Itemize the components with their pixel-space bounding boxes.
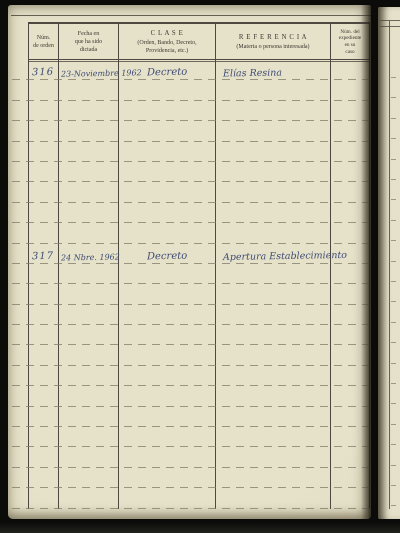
table-cell: [59, 101, 119, 121]
adjacent-page-top-rule: [380, 20, 400, 21]
table-cell: [29, 427, 59, 447]
table-cell: [29, 223, 59, 243]
table-cell: [59, 407, 119, 427]
table-cell: [216, 407, 331, 427]
entry-num: 317: [32, 252, 54, 264]
table-cell: [29, 468, 59, 488]
column-header-num-orden: Núm. de orden: [29, 24, 59, 59]
table-cell: [119, 366, 216, 386]
adjacent-page-ruled-line: [391, 281, 399, 282]
adjacent-page-table-rule: [380, 26, 400, 27]
adjacent-page-ruled-line: [391, 424, 399, 425]
table-cell: [29, 284, 59, 304]
registry-table: Núm. de orden Fecha en que ha sido dicta…: [28, 22, 370, 509]
table-cell: [59, 264, 119, 284]
table-row: [29, 203, 369, 223]
table-cell: 24 Nbre. 1962: [59, 244, 119, 264]
table-row: [29, 345, 369, 365]
table-cell: [216, 488, 331, 508]
adjacent-page-ruled-line: [391, 485, 399, 486]
table-row: [29, 162, 369, 182]
table-row: 31724 Nbre. 1962DecretoApertura Establec…: [29, 244, 369, 264]
table-cell: [119, 468, 216, 488]
table-cell: [59, 121, 119, 141]
table-row: [29, 305, 369, 325]
ruled-line: [12, 508, 371, 509]
table-row: [29, 182, 369, 202]
table-cell: [119, 80, 216, 100]
table-row: [29, 101, 369, 121]
table-cell: [29, 162, 59, 182]
table-cell: [29, 488, 59, 508]
page-top-rule: [11, 15, 371, 16]
table-cell: [216, 427, 331, 447]
table-cell: [29, 121, 59, 141]
table-row: [29, 366, 369, 386]
table-cell: [119, 182, 216, 202]
entry-clase: Decreto: [147, 68, 187, 81]
table-cell: [119, 345, 216, 365]
entry-num: 316: [32, 68, 54, 80]
table-cell: [119, 223, 216, 243]
column-header-title: C L A S E: [151, 29, 184, 39]
table-row: [29, 468, 369, 488]
table-cell: Elías Resina: [216, 60, 331, 80]
table-cell: [216, 80, 331, 100]
table-cell: 316: [29, 60, 59, 80]
table-cell: [29, 447, 59, 467]
table-cell: [216, 447, 331, 467]
adjacent-page-ruled-line: [391, 97, 399, 98]
table-cell: [29, 325, 59, 345]
table-cell: [59, 182, 119, 202]
adjacent-page-ruled-line: [391, 505, 399, 506]
table-cell: [216, 142, 331, 162]
table-row: [29, 121, 369, 141]
column-header-title: R E F E R E N C I A: [239, 33, 307, 43]
adjacent-page-ruled-line: [391, 138, 399, 139]
table-cell: [119, 407, 216, 427]
table-cell: [216, 264, 331, 284]
table-row: [29, 284, 369, 304]
adjacent-page-edge: [378, 7, 400, 519]
table-row: [29, 223, 369, 243]
table-cell: [29, 264, 59, 284]
adjacent-page-ruled-line: [391, 118, 399, 119]
adjacent-page-ruled-line: [391, 444, 399, 445]
table-cell: Decreto: [119, 244, 216, 264]
table-cell: [119, 386, 216, 406]
column-header-referencia: R E F E R E N C I A (Materia o persona i…: [216, 24, 331, 59]
table-cell: [119, 325, 216, 345]
table-header-row: Núm. de orden Fecha en que ha sido dicta…: [29, 24, 369, 60]
adjacent-page-ruled-line: [391, 403, 399, 404]
column-header-label: Núm. del expediente en su caso: [339, 29, 361, 56]
adjacent-page-ruled-line: [391, 301, 399, 302]
adjacent-page-ruled-line: [391, 363, 399, 364]
table-cell: [216, 121, 331, 141]
table-cell: [59, 488, 119, 508]
table-row: [29, 142, 369, 162]
table-cell: [59, 284, 119, 304]
table-cell: [29, 203, 59, 223]
table-cell: [119, 264, 216, 284]
entry-referencia: Elías Resina: [223, 68, 282, 81]
table-row: [29, 264, 369, 284]
table-cell: [29, 182, 59, 202]
adjacent-page-ruled-line: [391, 322, 399, 323]
table-cell: [119, 101, 216, 121]
table-cell: [59, 447, 119, 467]
table-cell: Apertura Establecimiento: [216, 244, 331, 264]
table-cell: [59, 80, 119, 100]
table-cell: [59, 345, 119, 365]
table-cell: [59, 162, 119, 182]
table-cell: [216, 223, 331, 243]
table-row: [29, 447, 369, 467]
table-cell: [119, 142, 216, 162]
table-cell: [29, 345, 59, 365]
registry-page: Núm. de orden Fecha en que ha sido dicta…: [8, 5, 371, 519]
table-row: 31623-Noviembre 1962DecretoElías Resina: [29, 60, 369, 80]
column-header-subtitle: (Materia o persona interesada): [236, 43, 309, 51]
table-cell: [29, 366, 59, 386]
table-cell: [216, 325, 331, 345]
adjacent-page-ruled-line: [391, 261, 399, 262]
table-cell: [216, 101, 331, 121]
table-cell: [119, 447, 216, 467]
table-cell: [119, 203, 216, 223]
table-cell: [119, 121, 216, 141]
table-cell: [119, 284, 216, 304]
table-cell: [216, 284, 331, 304]
adjacent-page-ruled-line: [391, 342, 399, 343]
adjacent-page-ruled-line: [391, 199, 399, 200]
table-cell: [216, 203, 331, 223]
table-cell: [59, 203, 119, 223]
table-cell: [59, 427, 119, 447]
adjacent-page-ruled-line: [391, 179, 399, 180]
table-cell: [216, 386, 331, 406]
table-row: [29, 427, 369, 447]
scan-background: { "colors": { "backdrop": "#0b0b09", "pa…: [0, 0, 400, 533]
entry-fecha: 23-Noviembre 1962: [61, 70, 142, 81]
table-cell: [59, 305, 119, 325]
column-header-subtitle: (Orden, Bando, Decreto, Providencia, etc…: [137, 39, 196, 55]
adjacent-page-ruled-line: [391, 383, 399, 384]
table-cell: [29, 80, 59, 100]
table-cell: [29, 142, 59, 162]
column-header-clase: C L A S E (Orden, Bando, Decreto, Provid…: [119, 24, 216, 59]
table-cell: [119, 427, 216, 447]
book-gutter-shadow: [361, 5, 373, 519]
adjacent-page-ruled-line: [391, 77, 399, 78]
table-cell: [59, 386, 119, 406]
table-cell: 317: [29, 244, 59, 264]
adjacent-page-ruled-line: [391, 465, 399, 466]
column-header-fecha: Fecha en que ha sido dictada: [59, 24, 119, 59]
entry-fecha: 24 Nbre. 1962: [61, 253, 120, 264]
table-row: [29, 407, 369, 427]
table-cell: [59, 223, 119, 243]
table-cell: [216, 182, 331, 202]
table-row: [29, 325, 369, 345]
scanned-book-photo: Núm. de orden Fecha en que ha sido dicta…: [0, 0, 400, 533]
column-header-label: Núm. de orden: [33, 34, 54, 50]
column-header-label: Fecha en que ha sido dictada: [75, 30, 102, 54]
adjacent-page-ruled-line: [391, 159, 399, 160]
table-cell: [216, 366, 331, 386]
table-cell: [29, 101, 59, 121]
table-cell: [216, 305, 331, 325]
table-body: 31623-Noviembre 1962DecretoElías Resina3…: [29, 60, 369, 509]
adjacent-page-ruled-line: [391, 220, 399, 221]
table-row: [29, 488, 369, 508]
table-cell: [59, 142, 119, 162]
scan-bottom-shadow: [0, 522, 400, 533]
table-cell: [29, 386, 59, 406]
table-row: [29, 386, 369, 406]
table-cell: [59, 468, 119, 488]
adjacent-page-table-border: [389, 21, 390, 509]
adjacent-page-ruled-line: [391, 240, 399, 241]
table-cell: 23-Noviembre 1962: [59, 60, 119, 80]
entry-clase: Decreto: [147, 252, 187, 265]
table-cell: [59, 325, 119, 345]
table-cell: [216, 468, 331, 488]
table-cell: [119, 305, 216, 325]
table-cell: [216, 162, 331, 182]
table-cell: [29, 407, 59, 427]
table-row: [29, 80, 369, 100]
table-cell: [216, 345, 331, 365]
table-cell: [119, 488, 216, 508]
table-cell: [119, 162, 216, 182]
table-cell: [59, 366, 119, 386]
table-cell: [29, 305, 59, 325]
